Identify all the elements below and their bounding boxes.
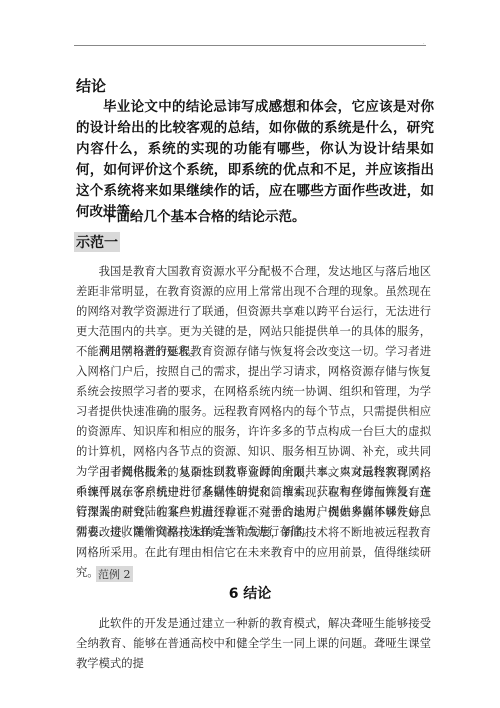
example2-paragraph: 此软件的开发是通过建立一种新的教育模式，解决聋哑生能够接受全纳教育、能够在普通高…: [76, 614, 431, 674]
footer-mark: .: [75, 660, 77, 666]
example1-paragraph-3: 由于网格技术的复杂性以及毕业时间所限，本文只对远程教育网格中课件展示子系统进行了…: [76, 463, 431, 583]
header-rule: [74, 45, 426, 46]
example2-heading: 6 结论: [0, 583, 500, 603]
example1-label: 示范一: [74, 232, 120, 252]
sub-intro: 下面给几个基本合格的结论示范。: [76, 205, 434, 225]
example2-label: 范例 2: [96, 566, 133, 582]
header-mark: .: [423, 40, 425, 46]
section-title: 结论: [76, 75, 106, 96]
document-page: . 结论 毕业论文中的结论忌讳写成感想和体会，它应该是对你的设计给出的比较客观的…: [0, 0, 500, 708]
